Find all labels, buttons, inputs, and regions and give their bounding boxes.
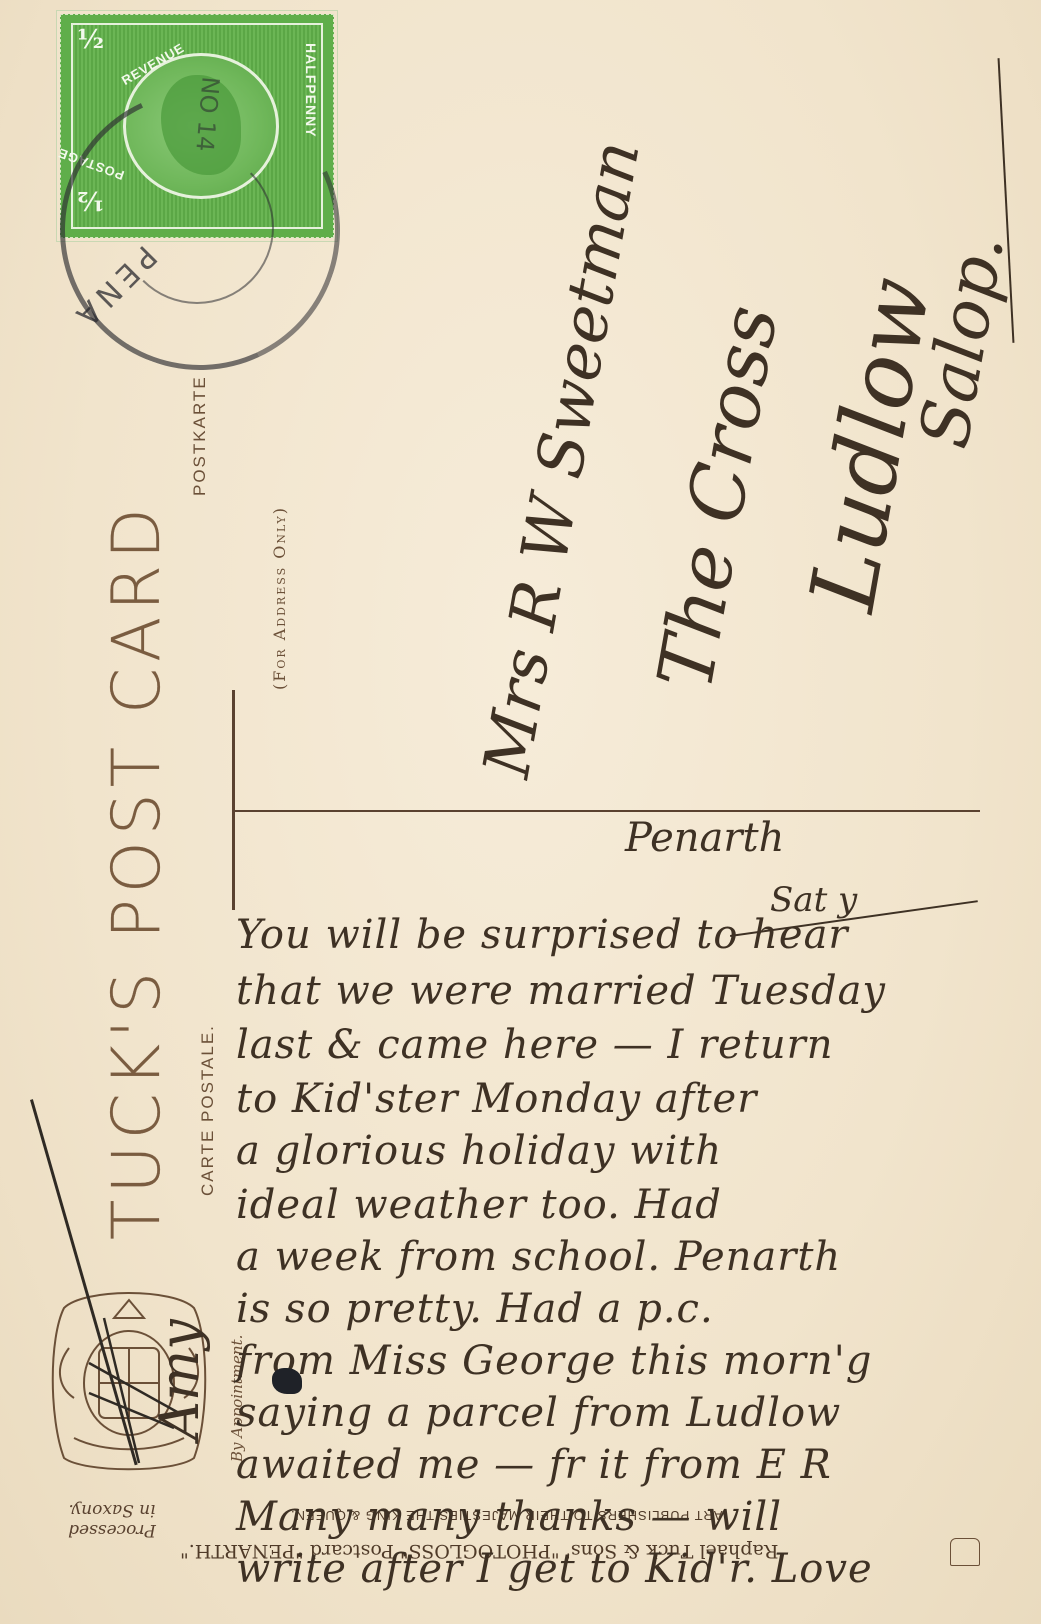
- message-line: last & came here — I return: [236, 1022, 834, 1068]
- message-line: You will be surprised to hear: [236, 912, 849, 958]
- message-line: Many many thanks — will: [236, 1494, 782, 1540]
- message-place: Penarth: [625, 815, 784, 861]
- message-line: write after I get to Kid'r. Love: [236, 1546, 873, 1592]
- subtitle-postkarte: POSTKARTE: [190, 375, 210, 496]
- address-line-4: Salop.: [905, 228, 1020, 453]
- address-line-2: The Cross: [640, 299, 795, 696]
- signature: Amy: [148, 1319, 211, 1440]
- address-line-1: Mrs R W Sweetman: [470, 136, 655, 783]
- card-title: TUCK'S POST CARD: [98, 502, 175, 1240]
- stamp-label-halfpenny: HALFPENNY: [303, 43, 319, 138]
- processed-line-1: Processed: [52, 1520, 172, 1540]
- message-line: a week from school. Penarth: [236, 1234, 841, 1280]
- message-line: awaited me — fr it from E R: [236, 1442, 832, 1488]
- processed-in-saxony: Processed in Saxony.: [52, 1500, 172, 1540]
- vertical-divider: [232, 690, 235, 910]
- message-line: to Kid'ster Monday after: [236, 1076, 757, 1122]
- subtitle-carte-postale: CARTE POSTALE.: [198, 1024, 218, 1196]
- message-line: is so pretty. Had a p.c.: [236, 1286, 714, 1332]
- processed-line-2: in Saxony.: [52, 1500, 172, 1520]
- tuck-easel-logo-icon: [950, 1538, 980, 1566]
- horizontal-divider: [232, 810, 980, 812]
- message-line: that we were married Tuesday: [236, 968, 886, 1014]
- message-line: from Miss George this morn'g: [236, 1338, 872, 1384]
- message-line: a glorious holiday with: [236, 1128, 722, 1174]
- message-line: ideal weather too. Had: [236, 1182, 722, 1228]
- stamp-denomination-top: ½: [77, 25, 104, 55]
- message-line: saying a parcel from Ludlow: [236, 1390, 841, 1436]
- postcard: ½ ½ REVENUE POSTAGE HALFPENNY PENA NO 14…: [0, 0, 1041, 1624]
- address-only-note: (For Address Only): [270, 506, 289, 690]
- ink-blot: [272, 1368, 302, 1394]
